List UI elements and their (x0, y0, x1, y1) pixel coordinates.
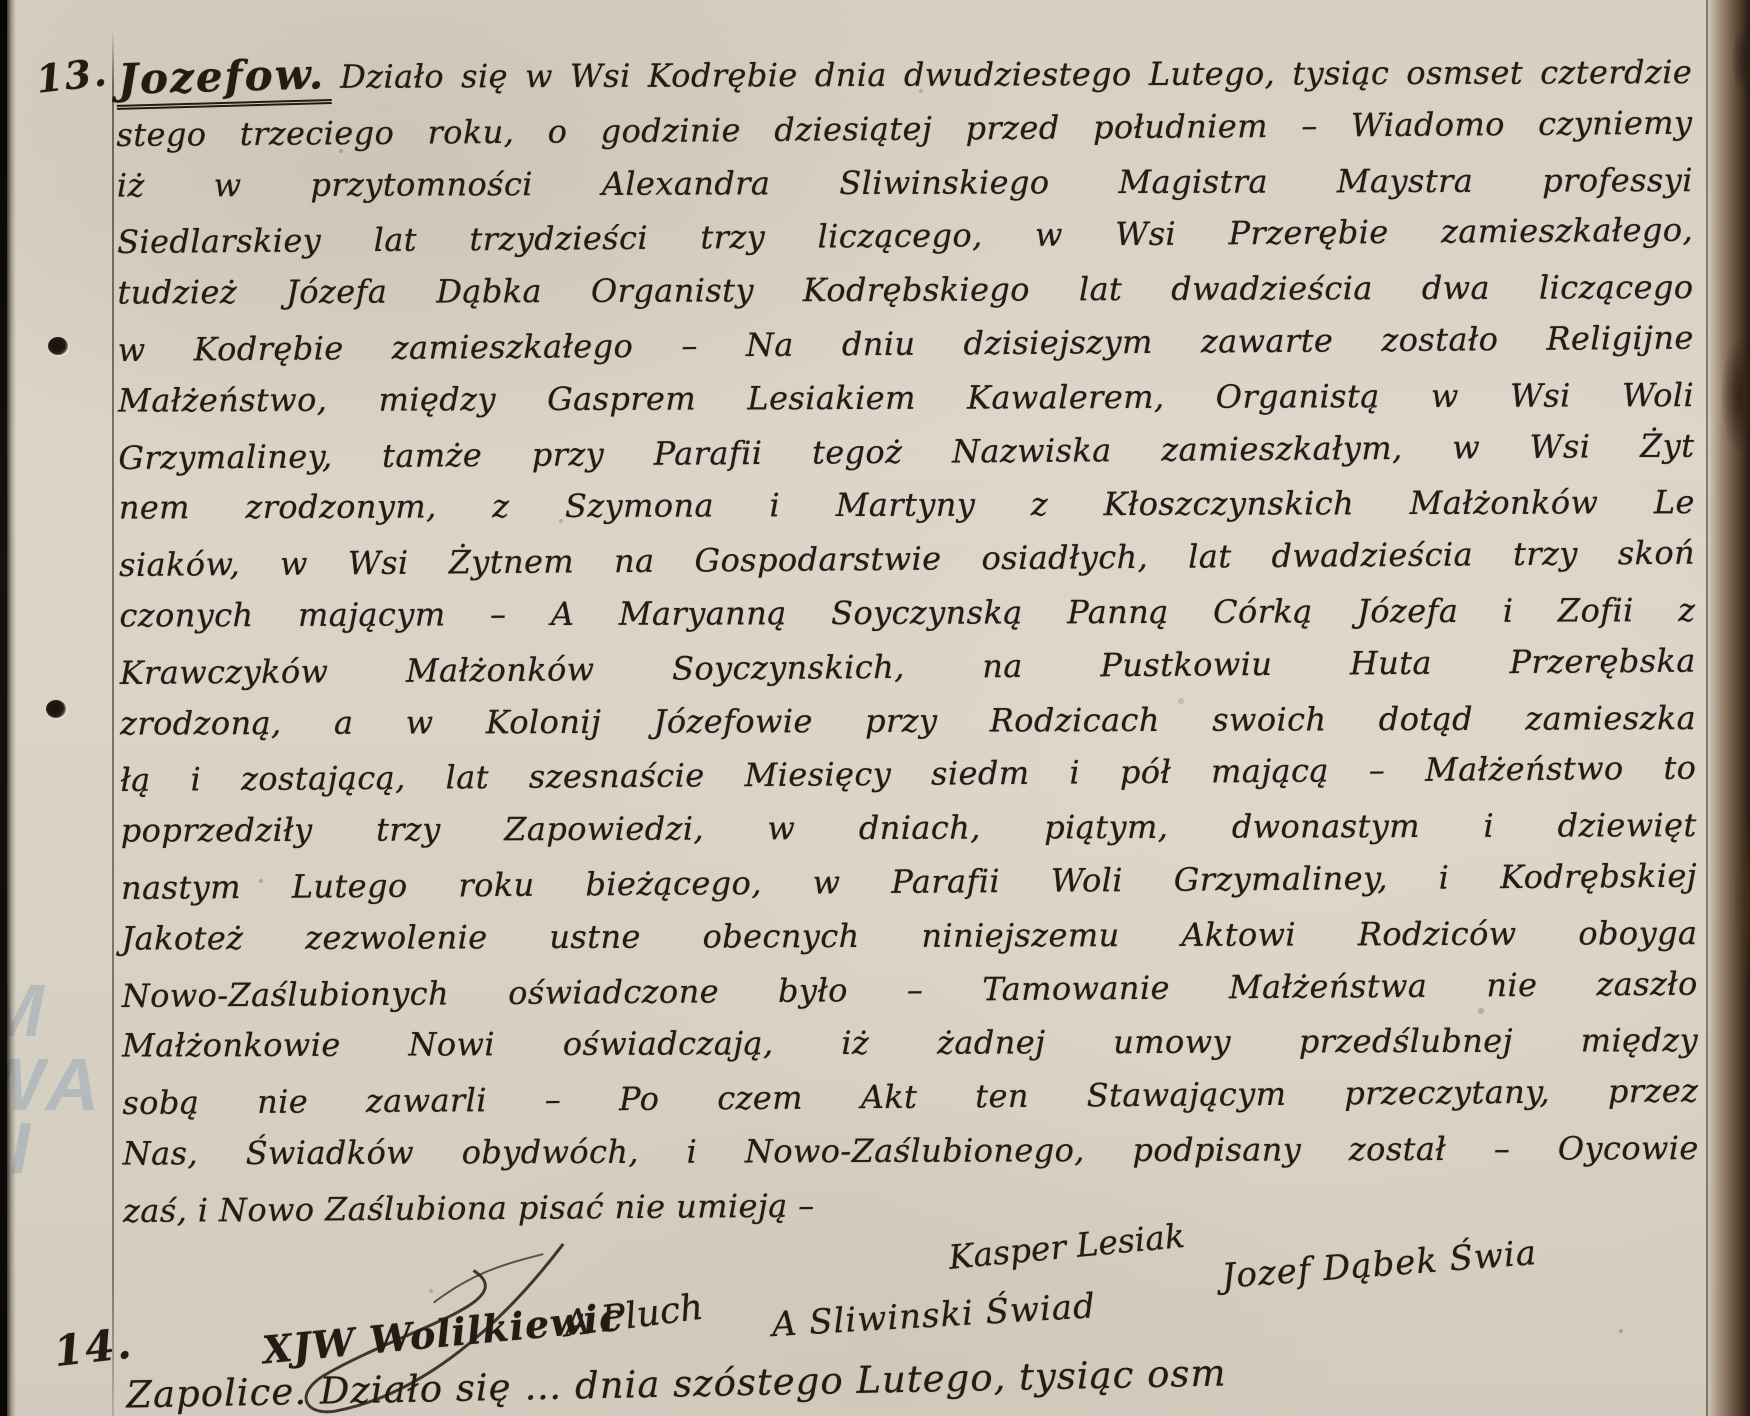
record-14-number: 14. (51, 1319, 135, 1376)
signature-witness: A Pluch (562, 1287, 706, 1346)
signature-witness: A Sliwinski Świad (771, 1286, 1097, 1345)
punch-hole (46, 700, 66, 718)
record-line: iż w przytomności Alexandra Sliwinskiego… (117, 161, 1693, 220)
record-line: nem zrodzonym, z Szymona i Martyny z Kło… (119, 483, 1695, 542)
record-line: łą i zostającą, lat szesnaście Miesięcy … (120, 749, 1696, 815)
record-13-body: Działo się w Wsi Kodrębie dnia dwudziest… (116, 51, 1699, 1244)
record-line: zaś, i Nowo Zaślubiona pisać nie umieją … (123, 1179, 1699, 1245)
punch-hole (48, 337, 68, 355)
record-line: nastym Lutego roku bieżącego, w Parafii … (121, 857, 1697, 923)
signature-witness: Jozef Dąbek Świa (1220, 1233, 1538, 1297)
record-line: Nas, Świadków obydwóch, i Nowo-Zaślubion… (123, 1129, 1699, 1188)
manuscript-record-13: 13. Jozefow. Działo się w Wsi Kodrębie d… (0, 0, 1750, 1416)
record-line: siaków, w Wsi Żytnem na Gospodarstwie os… (119, 534, 1695, 600)
record-line: zrodzoną, a w Kolonij Józefowie przy Rod… (120, 699, 1696, 758)
record-line: czonych mającym – A Maryanną Soyczynską … (119, 591, 1695, 650)
record-line: w Kodrębie zamieszkałego – Na dniu dzisi… (118, 319, 1694, 385)
document-scan-page: M WA I 13. Jozefow. Działo się w Wsi Kod… (0, 0, 1750, 1416)
record-line: sobą nie zawarli – Po czem Akt ten Stawa… (122, 1072, 1698, 1138)
record-line: Jakoteż zezwolenie ustne obecnych niniej… (121, 914, 1697, 973)
record-line: tudzież Józefa Dąbka Organisty Kodrębski… (117, 268, 1693, 327)
record-13-number: 13. (34, 49, 111, 102)
record-line: Krawczyków Małżonków Soyczynskich, na Pu… (120, 641, 1696, 707)
record-line: Małżeństwo, między Gasprem Lesiakiem Kaw… (118, 376, 1694, 435)
record-line: Działo się w Wsi Kodrębie dnia dwudziest… (116, 53, 1692, 112)
binding-edge-left-dark (0, 0, 7, 1416)
record-line: poprzedziły trzy Zapowiedzi, w dniach, p… (121, 806, 1697, 865)
record-line: Nowo-Zaślubionych oświadczone było – Tam… (122, 964, 1698, 1030)
page-edge-right (1706, 0, 1750, 1416)
record-line: stego trzeciego roku, o godzinie dziesią… (116, 103, 1692, 169)
record-line: Siedlarskiey lat trzydzieści trzy licząc… (117, 211, 1693, 277)
record-line: Grzymaliney, tamże przy Parafii tegoż Na… (118, 426, 1694, 492)
record-line: Małżonkowie Nowi oświadczają, iż żadnej … (122, 1021, 1698, 1080)
